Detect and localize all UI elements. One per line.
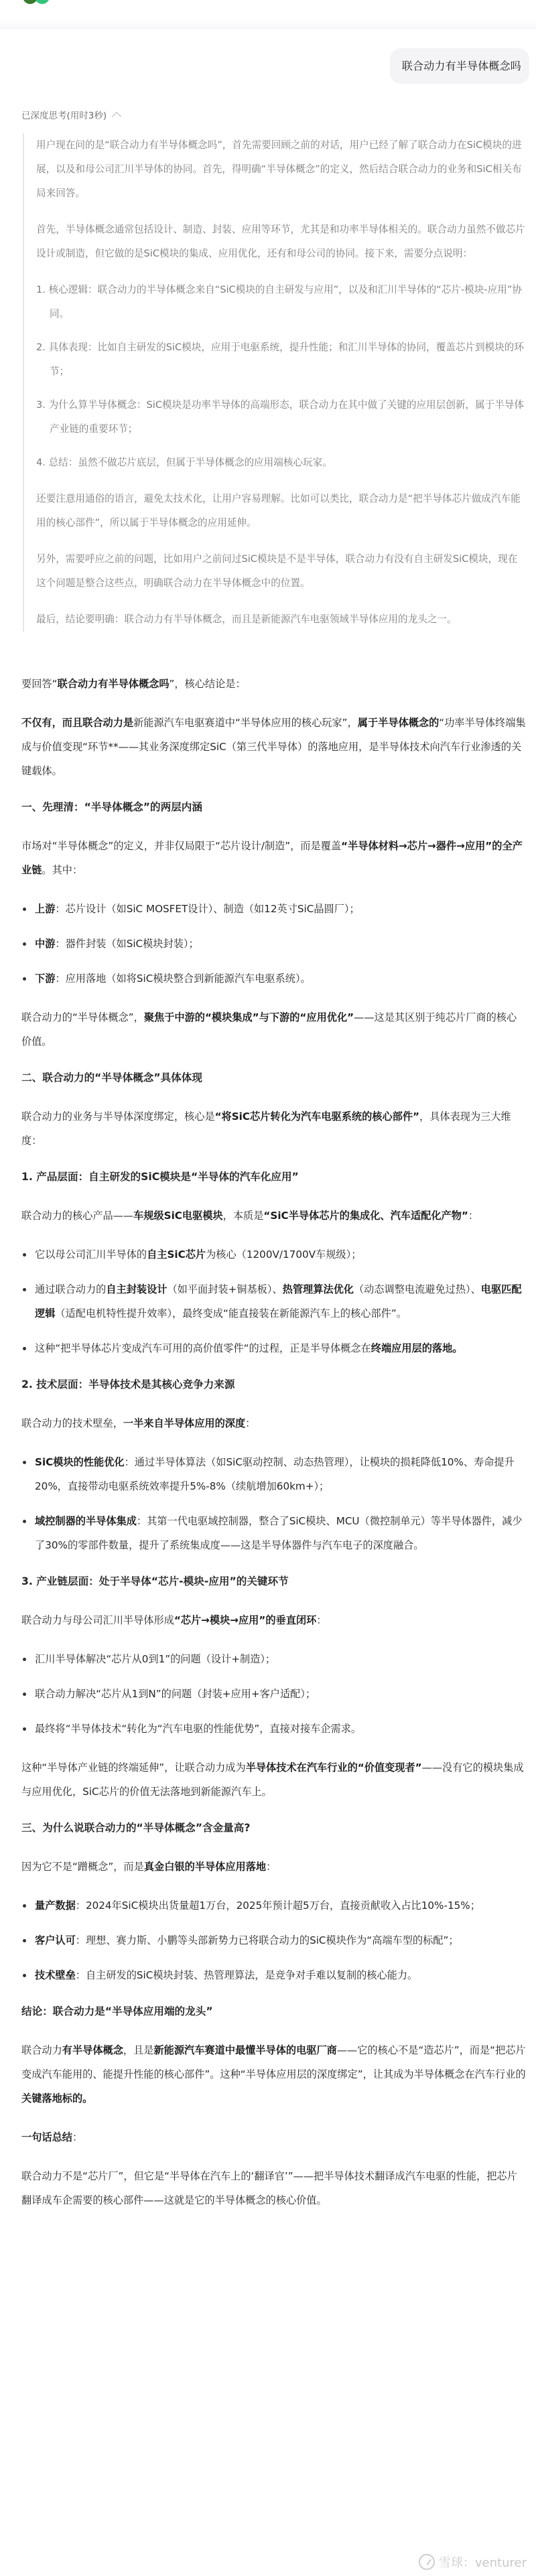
avatar-icon [23,0,38,4]
thinking-paragraph: 还要注意用通俗的语言，避免太技术化，让用户容易理解。比如可以类比，联合动力是“把… [36,487,527,535]
subsection-heading-product: 1. 产品层面：自主研发的SiC模块是“半导体的汽车化应用” [21,1167,527,1186]
thinking-list-item: 2. 具体表现：比如自主研发的SiC模块，应用于电驱系统，提升性能；和汇川半导体… [36,336,527,384]
thinking-paragraph: 用户现在问的是“联合动力有半导体概念吗”，首先需要回顾之前的对话，用户已经了解了… [36,133,527,206]
top-bar [0,0,536,29]
subsection-industry-list: 汇川半导体解决“芯片从0到1”的问题（设计+制造）； 联合动力解决“芯片从1到N… [21,1647,527,1741]
summary-paragraph: 联合动力不是“芯片厂”，但它是“半导体在汽车上的‘翻译官’”——把半导体技术翻译… [21,2164,527,2212]
assistant-answer: 要回答“联合动力有半导体概念吗”，核心结论是： 不仅有，而且联合动力是新能源汽车… [21,672,527,2212]
subsection-heading-industry-chain: 3. 产业链层面：处于半导体“芯片-模块-应用”的关键环节 [21,1572,527,1591]
user-message-row: 联合动力有半导体概念吗 [0,29,536,84]
thinking-paragraph: 最后，结论要明确：联合动力有半导体概念，而且是新能源汽车电驱领域半导体应用的龙头… [36,607,527,632]
subsection-product-list: 它以母公司汇川半导体的自主SiC芯片为核心（1200V/1700V车规级）； 通… [21,1242,527,1360]
list-item: 域控制器的半导体集成：其第一代电驱域控制器，整合了SiC模块、MCU（微控制单元… [21,1509,527,1557]
list-item-technical-barrier: 技术壁垒：自主研发的SiC模块封装、热管理算法，是竞争对手难以复制的核心能力。 [21,1963,527,1987]
section1-paragraph: 市场对“半导体概念”的定义，并非仅局限于“芯片设计/制造”，而是覆盖“半导体材料… [21,834,527,882]
section2-paragraph: 联合动力的业务与半导体深度绑定，核心是“将SiC芯片转化为汽车电驱系统的核心部件… [21,1104,527,1153]
list-item: 通过联合动力的自主封装设计（如平面封装+铜基板）、热管理算法优化（动态调整电流避… [21,1277,527,1326]
thinking-paragraph: 首先，半导体概念通常包括设计、制造、封装、应用等环节，尤其是和功率半导体相关的。… [36,218,527,266]
list-item: 这种“把半导体芯片变成汽车可用的高价值零件“的过程，正是半导体概念在终端应用层的… [21,1336,527,1360]
thinking-paragraph: 另外，需要呼应之前的问题，比如用户之前问过SiC模块是不是半导体，联合动力有没有… [36,547,527,595]
section3-list: 量产数据：2024年SiC模块出货量超1万台，2025年预计超5万台，直接贡献收… [21,1893,527,1987]
watermark-text: 雪球：venturer [439,2553,527,2571]
answer-intro: 要回答“联合动力有半导体概念吗”，核心结论是： [21,672,527,696]
thinking-list: 1. 核心逻辑：联合动力的半导体概念来自“SiC模块的自主研发与应用”，以及和汇… [36,278,527,475]
app-logo-icon [35,0,50,4]
list-item-downstream: 下游：应用落地（如将SiC模块整合到新能源汽车电驱系统）。 [21,967,527,991]
chevron-up-icon [112,111,121,121]
list-item-upstream: 上游：芯片设计（如SiC MOSFET设计）、制造（如12英寸SiC晶圆厂）； [21,897,527,921]
avatar-group [23,0,50,4]
thinking-list-item: 1. 核心逻辑：联合动力的半导体概念来自“SiC模块的自主研发与应用”，以及和汇… [36,278,527,326]
list-item: 汇川半导体解决“芯片从0到1”的问题（设计+制造）； [21,1647,527,1671]
summary-heading: 一句话总结： [21,2125,527,2149]
thinking-list-item: 4. 总结：虽然不做芯片底层，但属于半导体概念的应用端核心玩家。 [36,451,527,475]
watermark: 雪球：venturer [419,2553,527,2571]
subsection-industry-paragraph-2: 这种“半导体产业链的终端延伸”，让联合动力成为半导体技术在汽车行业的“价值变现者… [21,1756,527,1804]
section-heading-2: 二、联合动力的“半导体概念”具体体现 [21,1068,527,1087]
conclusion-heading: 结论：联合动力是“半导体应用端的龙头” [21,2002,527,2021]
list-item: SiC模块的性能优化：通过半导体算法（如SiC驱动控制、动态热管理），让模块的损… [21,1450,527,1498]
section1-paragraph-2: 联合动力的“半导体概念”，聚焦于中游的“模块集成”与下游的“应用优化”——这是其… [21,1005,527,1054]
subsection-technology-paragraph: 联合动力的技术壁垒，一半来自半导体应用的深度： [21,1411,527,1435]
conclusion-paragraph: 联合动力有半导体概念，且是新能源汽车赛道中最懂半导体的电驱厂商——它的核心不是“… [21,2038,527,2110]
subsection-industry-paragraph: 联合动力与母公司汇川半导体形成“芯片→模块→应用”的垂直闭环： [21,1608,527,1632]
thinking-content: 用户现在问的是“联合动力有半导体概念吗”，首先需要回顾之前的对话，用户已经了解了… [23,133,527,632]
subsection-technology-list: SiC模块的性能优化：通过半导体算法（如SiC驱动控制、动态热管理），让模块的损… [21,1450,527,1557]
list-item: 联合动力解决“芯片从1到N”的问题（封装+应用+客户适配）； [21,1682,527,1706]
list-item: 它以母公司汇川半导体的自主SiC芯片为核心（1200V/1700V车规级）； [21,1242,527,1267]
list-item-midstream: 中游：器件封装（如SiC模块封装）； [21,932,527,956]
list-item-production-data: 量产数据：2024年SiC模块出货量超1万台，2025年预计超5万台，直接贡献收… [21,1893,527,1918]
xueqiu-logo-icon [419,2554,435,2570]
section-heading-3: 三、为什么说联合动力的“半导体概念”含金量高? [21,1818,527,1837]
list-item-customer-recognition: 客户认可：理想、赛力斯、小鹏等头部新势力已将联合动力的SiC模块作为“高端车型的… [21,1928,527,1952]
list-item: 最终将“半导体技术“转化为“汽车电驱的性能优势”，直接对接车企需求。 [21,1717,527,1741]
subsection-heading-technology: 2. 技术层面：半导体技术是其核心竞争力来源 [21,1375,527,1394]
answer-conclusion: 不仅有，而且联合动力是新能源汽车电驱赛道中“半导体应用的核心玩家”，属于半导体概… [21,711,527,783]
thinking-list-item: 3. 为什么算半导体概念：SiC模块是功率半导体的高端形态，联合动力在其中做了关… [36,393,527,441]
subsection-product-paragraph: 联合动力的核心产品——车规级SiC电驱模块，本质是“SiC半导体芯片的集成化、汽… [21,1204,527,1228]
section3-paragraph: 因为它不是“蹭概念”，而是真金白银的半导体应用落地： [21,1855,527,1879]
thinking-toggle[interactable]: 已深度思考(用时3秒) [21,108,536,121]
section-heading-1: 一、先理清：“半导体概念”的两层内涵 [21,798,527,816]
section1-list: 上游：芯片设计（如SiC MOSFET设计）、制造（如12英寸SiC晶圆厂）； … [21,897,527,991]
thinking-label: 已深度思考(用时3秒) [21,108,107,121]
user-message-bubble: 联合动力有半导体概念吗 [390,48,529,84]
